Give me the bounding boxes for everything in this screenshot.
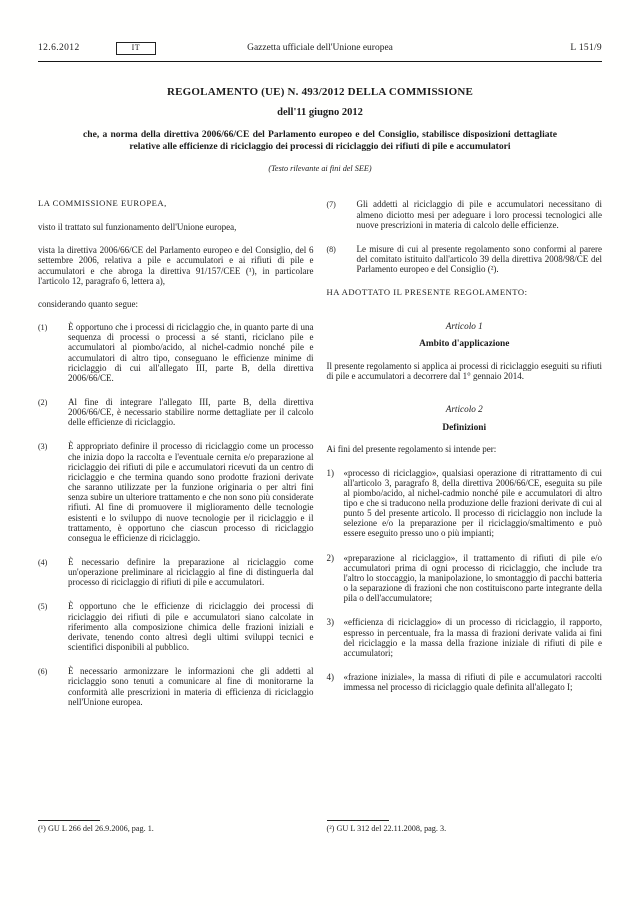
footnote-rule xyxy=(327,820,389,821)
recital-1-text: È opportuno che i processi di riciclaggi… xyxy=(68,322,314,383)
recital-8-number: (8) xyxy=(327,244,357,274)
definition-4-text: «frazione iniziale», la massa di rifiuti… xyxy=(344,672,603,692)
recital-1-number: (1) xyxy=(38,322,68,383)
regulation-date: dell'11 giugno 2012 xyxy=(38,107,602,118)
definition-2-text: «preparazione al riciclaggio», il tratta… xyxy=(344,553,603,604)
header-date: 12.6.2012 xyxy=(38,43,80,53)
citation-treaty: visto il trattato sul funzionamento dell… xyxy=(38,222,314,232)
regulation-subject: che, a norma della direttiva 2006/66/CE … xyxy=(83,129,557,152)
recitals-intro: considerando quanto segue: xyxy=(38,299,314,309)
commission-opening: LA COMMISSIONE EUROPEA, xyxy=(38,199,314,209)
definition-4: 4) «frazione iniziale», la massa di rifi… xyxy=(327,672,603,692)
article-2-subheading: Definizioni xyxy=(327,423,603,434)
right-footnote: (²) GU L 312 del 22.11.2008, pag. 3. xyxy=(327,820,603,857)
definition-1: 1) «processo di riciclaggio», qualsiasi … xyxy=(327,468,603,539)
recital-7: (7) Gli addetti al riciclaggio di pile e… xyxy=(327,199,603,229)
page-header: 12.6.2012 IT Gazzetta ufficiale dell'Uni… xyxy=(38,40,602,56)
definition-4-number: 4) xyxy=(327,672,344,692)
regulation-title: REGOLAMENTO (UE) N. 493/2012 DELLA COMMI… xyxy=(38,86,602,98)
recital-5: (5) È opportuno che le efficienze di ric… xyxy=(38,601,314,652)
recital-4-number: (4) xyxy=(38,557,68,587)
definition-2-number: 2) xyxy=(327,553,344,604)
footnote-rule xyxy=(38,820,100,821)
recital-7-number: (7) xyxy=(327,199,357,229)
recital-3-text: È appropriato definire il processo di ri… xyxy=(68,441,314,543)
left-footnote: (¹) GU L 266 del 26.9.2006, pag. 1. xyxy=(38,820,314,857)
recital-2: (2) Al fine di integrare l'allegato III,… xyxy=(38,397,314,427)
recital-8-text: Le misure di cui al presente regolamento… xyxy=(357,244,603,274)
article-2-intro: Ai fini del presente regolamento si inte… xyxy=(327,444,603,454)
enacting-formula: HA ADOTTATO IL PRESENTE REGOLAMENTO: xyxy=(327,288,603,298)
definition-3-number: 3) xyxy=(327,617,344,658)
recital-2-text: Al fine di integrare l'allegato III, par… xyxy=(68,397,314,427)
eea-relevance-note: (Testo rilevante ai fini del SEE) xyxy=(38,164,602,173)
article-1-heading: Articolo 1 xyxy=(327,321,603,331)
article-1-subheading: Ambito d'applicazione xyxy=(327,339,603,350)
right-column: (7) Gli addetti al riciclaggio di pile e… xyxy=(327,199,603,857)
footnote-2-text: (²) GU L 312 del 22.11.2008, pag. 3. xyxy=(327,824,603,833)
definition-1-number: 1) xyxy=(327,468,344,539)
recital-6-text: È necessario armonizzare le informazioni… xyxy=(68,666,314,707)
recital-4-text: È necessario definire la preparazione al… xyxy=(68,557,314,587)
document-page: 12.6.2012 IT Gazzetta ufficiale dell'Uni… xyxy=(0,0,640,906)
definition-1-text: «processo di riciclaggio», qualsiasi ope… xyxy=(344,468,603,539)
title-block: REGOLAMENTO (UE) N. 493/2012 DELLA COMMI… xyxy=(38,86,602,173)
recital-7-text: Gli addetti al riciclaggio di pile e acc… xyxy=(357,199,603,229)
journal-title: Gazzetta ufficiale dell'Unione europea xyxy=(247,43,393,53)
page-reference: L 151/9 xyxy=(570,43,602,53)
recital-6: (6) È necessario armonizzare le informaz… xyxy=(38,666,314,707)
language-badge: IT xyxy=(116,42,157,55)
recital-3: (3) È appropriato definire il processo d… xyxy=(38,441,314,543)
two-column-body: LA COMMISSIONE EUROPEA, visto il trattat… xyxy=(38,199,602,857)
definition-3-text: «efficienza di riciclaggio» di un proces… xyxy=(344,617,603,658)
recital-8: (8) Le misure di cui al presente regolam… xyxy=(327,244,603,274)
recital-3-number: (3) xyxy=(38,441,68,543)
article-2-heading: Articolo 2 xyxy=(327,404,603,414)
recital-6-number: (6) xyxy=(38,666,68,707)
definition-3: 3) «efficienza di riciclaggio» di un pro… xyxy=(327,617,603,658)
definition-2: 2) «preparazione al riciclaggio», il tra… xyxy=(327,553,603,604)
left-column: LA COMMISSIONE EUROPEA, visto il trattat… xyxy=(38,199,314,857)
citation-directive: vista la direttiva 2006/66/CE del Parlam… xyxy=(38,245,314,286)
recital-5-text: È opportuno che le efficienze di ricicla… xyxy=(68,601,314,652)
recital-2-number: (2) xyxy=(38,397,68,427)
recital-1: (1) È opportuno che i processi di ricicl… xyxy=(38,322,314,383)
header-rule xyxy=(38,61,602,62)
article-1-body: Il presente regolamento si applica ai pr… xyxy=(327,361,603,381)
footnote-1-text: (¹) GU L 266 del 26.9.2006, pag. 1. xyxy=(38,824,314,833)
recital-4: (4) È necessario definire la preparazion… xyxy=(38,557,314,587)
recital-5-number: (5) xyxy=(38,601,68,652)
